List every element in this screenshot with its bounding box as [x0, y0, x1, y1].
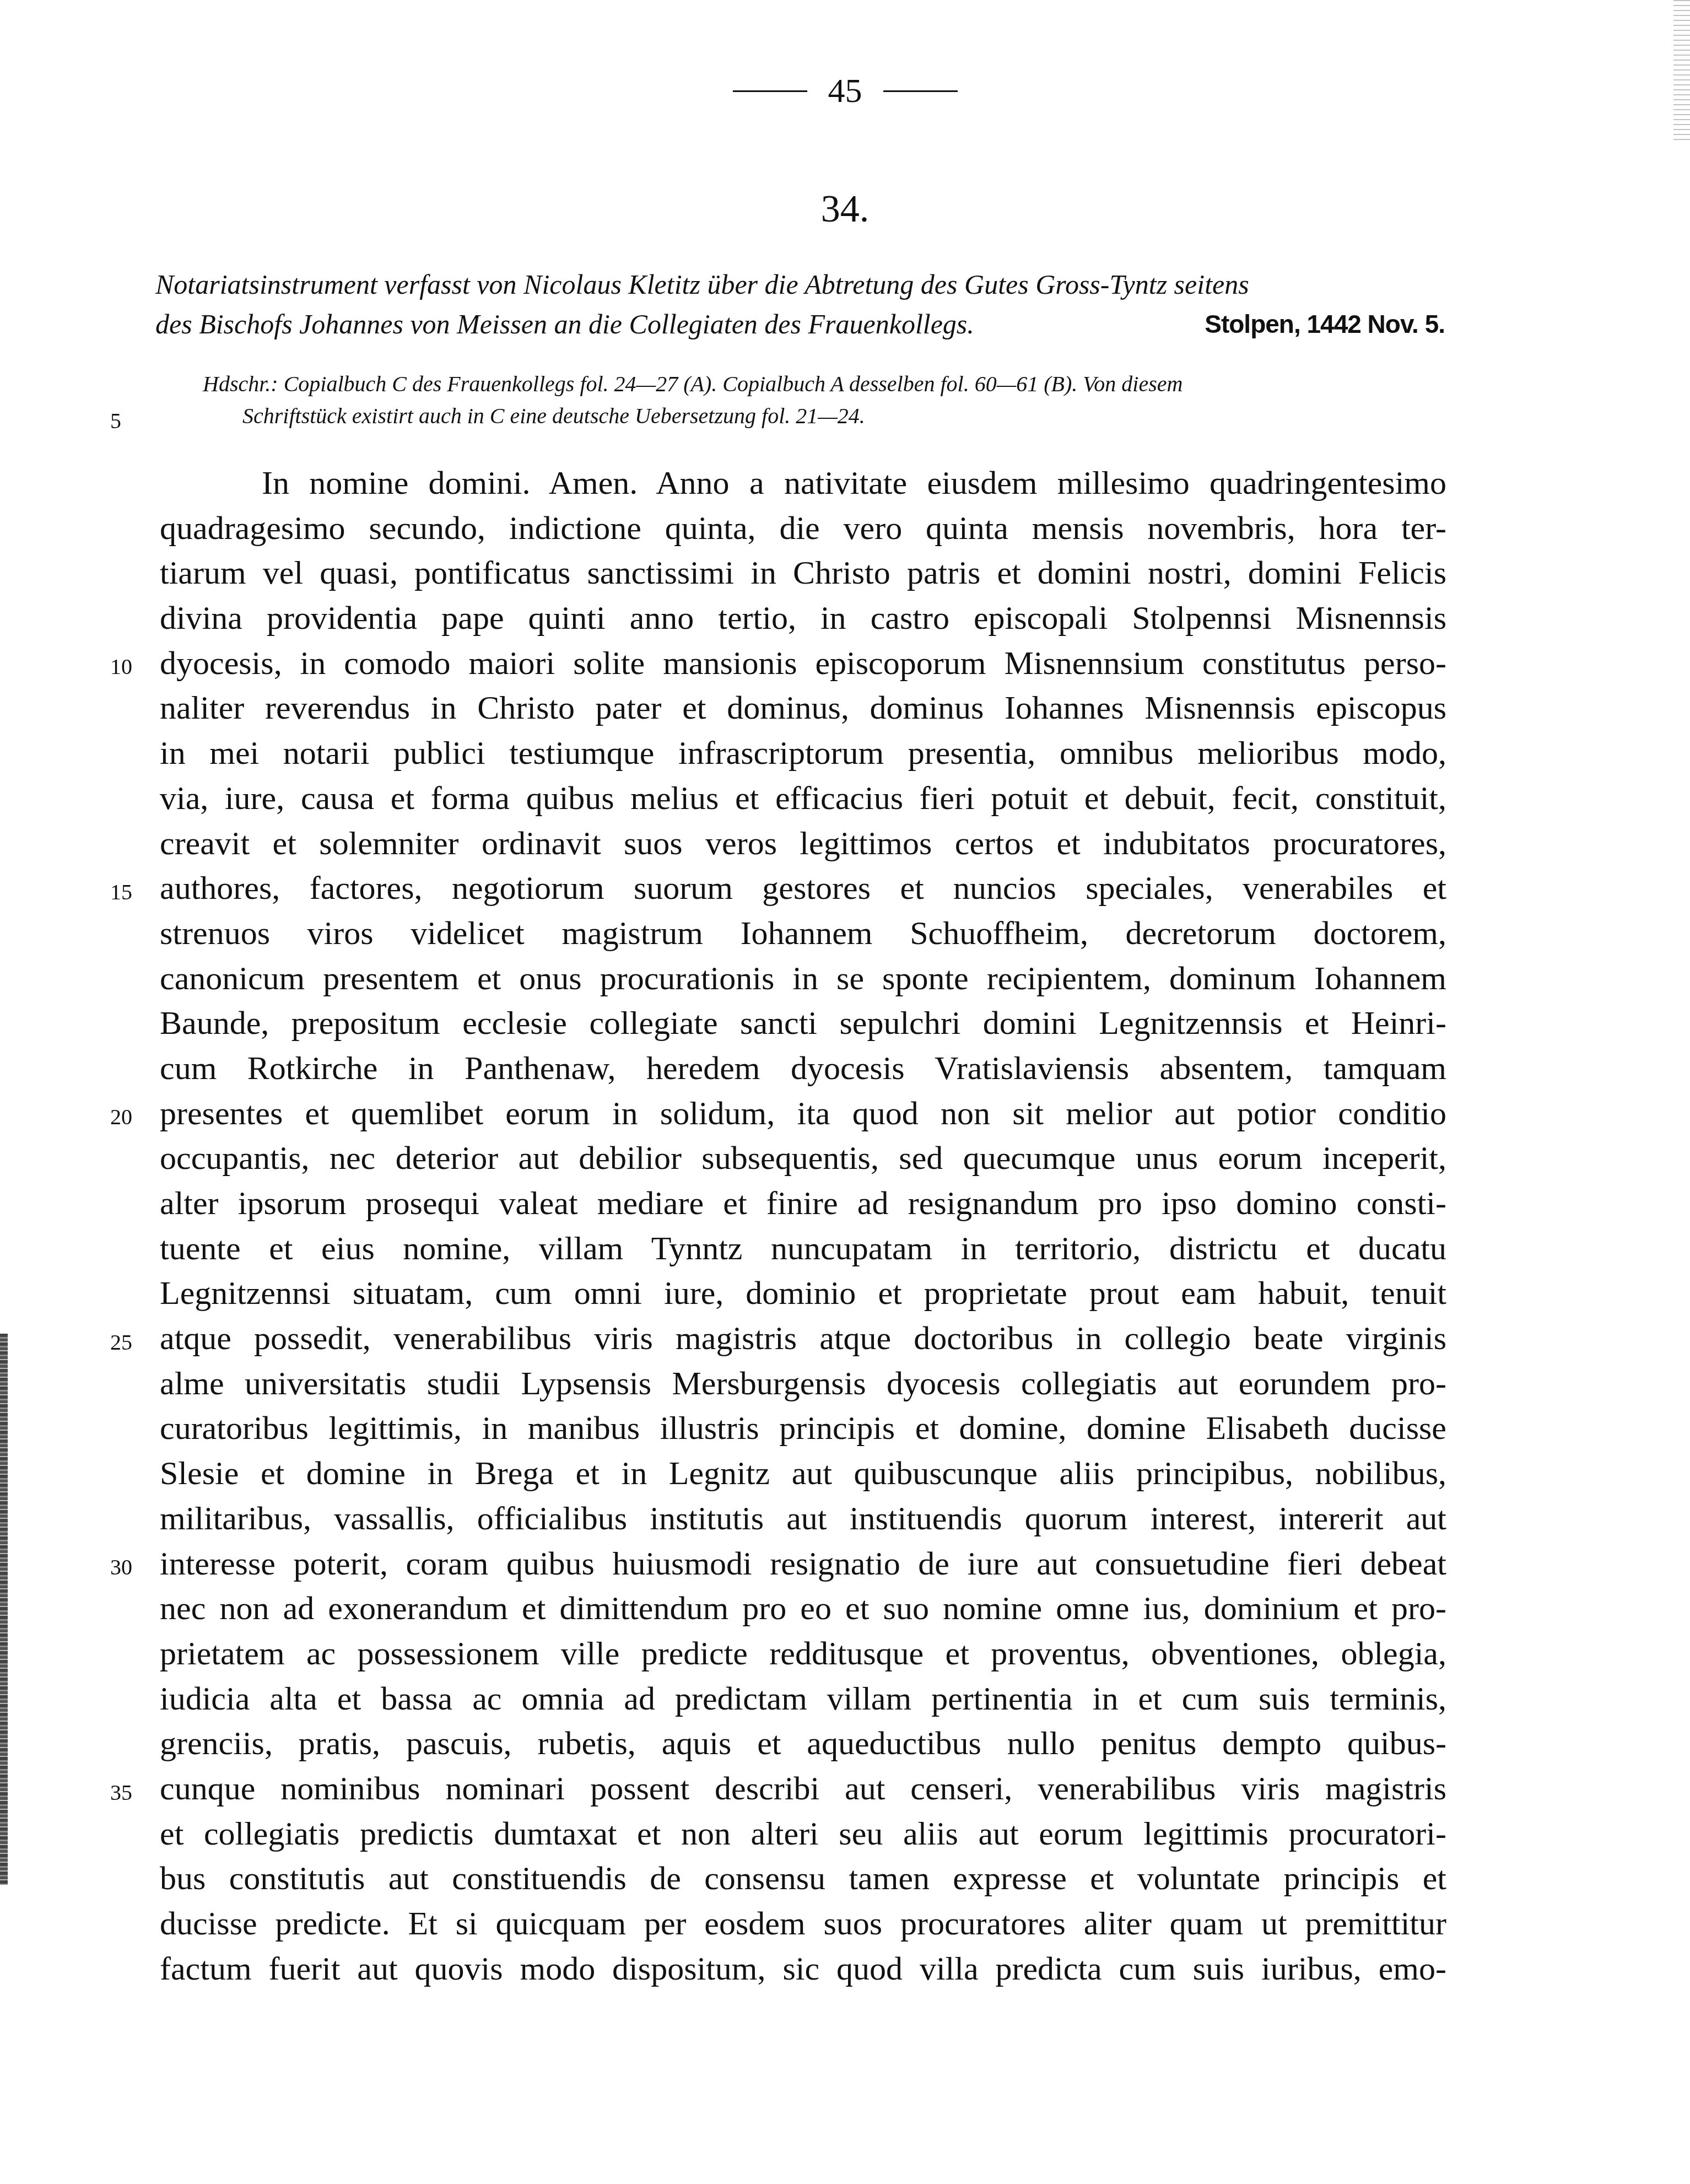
body-line: Slesie et domine in Brega et in Legnitz …	[160, 1451, 1446, 1496]
document-number: 34.	[0, 187, 1690, 231]
source-note-line: Hdschr.: Copialbuch C des Frauenkollegs …	[203, 368, 1445, 400]
body-line: naliter reverendus in Christo pater et d…	[160, 686, 1446, 731]
body-line: curatoribus legittimis, in manibus illus…	[160, 1406, 1446, 1451]
margin-line-number: 5	[110, 408, 160, 434]
body-line: dyocesis, in comodo maiori solite mansio…	[160, 641, 1446, 686]
running-head: 45	[0, 72, 1690, 111]
body-line: bus constitutis aut constituendis de con…	[160, 1856, 1446, 1901]
place-date: Stolpen, 1442 Nov. 5.	[1205, 304, 1445, 344]
title-text: des Bischofs Johannes von Meissen an die…	[155, 304, 974, 344]
scan-edge-artifact-left	[0, 1334, 8, 1885]
body-line: Legnitzennsi situatam, cum omni iure, do…	[160, 1271, 1446, 1316]
body-line: canonicum presentem et onus procurationi…	[160, 956, 1446, 1001]
document-body: In nomine domini. Amen. Anno a nativitat…	[160, 461, 1446, 1991]
page-number: 45	[828, 72, 862, 111]
body-line: iudicia alta et bassa ac omnia ad predic…	[160, 1676, 1446, 1722]
running-head-rule-right	[883, 90, 958, 92]
body-line: tuente et eius nomine, villam Tynntz nun…	[160, 1226, 1446, 1271]
title-line-2: des Bischofs Johannes von Meissen an die…	[155, 304, 1445, 344]
margin-line-number: 20	[110, 1104, 160, 1130]
body-line: factum fuerit aut quovis modo dispositum…	[160, 1946, 1446, 1992]
body-line: occupantis, nec deterior aut debilior su…	[160, 1136, 1446, 1181]
margin-line-number: 35	[110, 1779, 160, 1805]
margin-line-number: 30	[110, 1554, 160, 1580]
body-line: grenciis, pratis, pascuis, rubetis, aqui…	[160, 1721, 1446, 1766]
body-line: interesse poterit, coram quibus huiusmod…	[160, 1541, 1446, 1587]
body-line: creavit et solemniter ordinavit suos ver…	[160, 821, 1446, 866]
body-line: militaribus, vassallis, officialibus ins…	[160, 1496, 1446, 1541]
body-line: alter ipsorum prosequi valeat mediare et…	[160, 1181, 1446, 1226]
source-note-line: Schriftstück existirt auch in C eine deu…	[203, 400, 1445, 432]
document-title: Notariatsinstrument verfasst von Nicolau…	[155, 265, 1445, 344]
body-line: divina providentia pape quinti anno tert…	[160, 596, 1446, 641]
manuscript-source-note: Hdschr.: Copialbuch C des Frauenkollegs …	[203, 368, 1445, 432]
body-line: quadragesimo secundo, indictione quinta,…	[160, 506, 1446, 551]
margin-line-number: 25	[110, 1329, 160, 1355]
body-line: et collegiatis predictis dumtaxat et non…	[160, 1811, 1446, 1857]
body-line: In nomine domini. Amen. Anno a nativitat…	[160, 461, 1446, 506]
title-text: Notariatsinstrument verfasst von Nicolau…	[155, 265, 1249, 304]
margin-line-number: 15	[110, 879, 160, 905]
body-line: nec non ad exonerandum et dimittendum pr…	[160, 1586, 1446, 1631]
body-line: in mei notarii publici testiumque infras…	[160, 731, 1446, 776]
body-line: tiarum vel quasi, pontificatus sanctissi…	[160, 551, 1446, 596]
body-line: authores, factores, negotiorum suorum ge…	[160, 866, 1446, 911]
body-line: strenuos viros videlicet magistrum Iohan…	[160, 911, 1446, 956]
body-line: atque possedit, venerabilibus viris magi…	[160, 1316, 1446, 1361]
body-line: prietatem ac possessionem ville predicte…	[160, 1631, 1446, 1676]
body-line: cunque nominibus nominari possent descri…	[160, 1766, 1446, 1811]
body-line: alme universitatis studii Lypsensis Mers…	[160, 1361, 1446, 1406]
body-line: ducisse predicte. Et si quicquam per eos…	[160, 1901, 1446, 1946]
body-line: Baunde, prepositum ecclesie collegiate s…	[160, 1001, 1446, 1046]
body-line: cum Rotkirche in Panthenaw, heredem dyoc…	[160, 1046, 1446, 1091]
running-head-rule-left	[733, 90, 807, 92]
margin-line-number: 10	[110, 654, 160, 680]
body-line: presentes et quemlibet eorum in solidum,…	[160, 1091, 1446, 1136]
body-line: via, iure, causa et forma quibus melius …	[160, 776, 1446, 821]
title-line-1: Notariatsinstrument verfasst von Nicolau…	[155, 265, 1445, 304]
